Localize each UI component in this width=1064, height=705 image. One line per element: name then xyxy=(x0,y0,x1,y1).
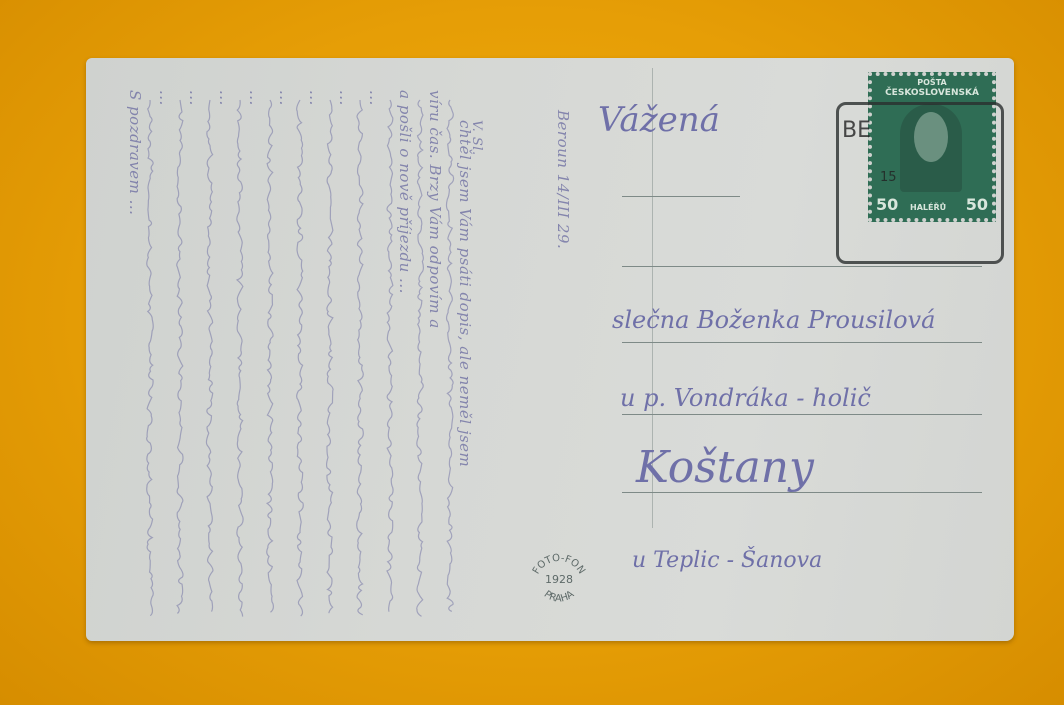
address-rule xyxy=(622,266,982,267)
address-care-of: u p. Vondráka - holič xyxy=(620,384,871,412)
address-rule xyxy=(622,414,982,415)
stamp-country: ČESKOSLOVENSKÁ xyxy=(872,88,992,98)
postmark-date: 15 xyxy=(880,170,897,185)
address-rule xyxy=(622,342,982,343)
address-recipient: slečna Boženka Prousilová xyxy=(612,306,935,334)
address-region: u Teplic - Šanova xyxy=(632,548,822,573)
address-greeting: Vážená xyxy=(598,100,720,140)
handwriting-texture xyxy=(120,80,560,640)
publisher-stamp: FOTO-FON PRAHA 1928 xyxy=(526,548,592,614)
underline xyxy=(622,196,740,197)
postmark-text: BE xyxy=(842,118,871,143)
publisher-year: 1928 xyxy=(526,573,592,586)
svg-text:PRAHA: PRAHA xyxy=(542,589,577,605)
address-town: Koštany xyxy=(636,442,814,493)
stamp-header: POŠTA xyxy=(872,78,992,87)
address-rule xyxy=(622,492,982,493)
